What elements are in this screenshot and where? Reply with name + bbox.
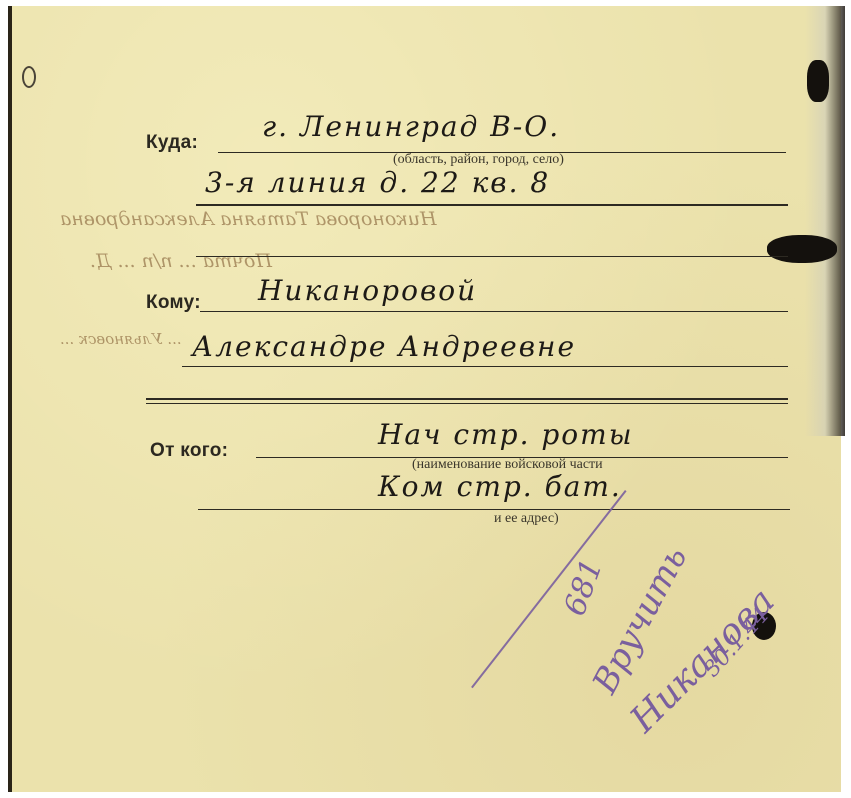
to-where-line1: г. Ленинград В-О.	[262, 110, 560, 143]
from-whom-underline-2	[198, 509, 790, 510]
blank-line	[196, 256, 788, 257]
from-whom-hint-2: и ее адрес)	[494, 511, 559, 527]
to-whom-line1: Никаноровой	[258, 274, 477, 307]
to-where-line2: 3-я линия д. 22 кв. 8	[205, 166, 550, 199]
bleed-through-text: Почта ... п/п ... Д.	[90, 250, 272, 272]
to-whom-underline	[200, 311, 788, 312]
to-whom-underline-2	[182, 366, 788, 367]
bleed-through-text: Никонорова Татьяна Александровна	[60, 208, 437, 230]
hole-mark	[22, 66, 36, 88]
from-whom-label: От кого:	[150, 440, 228, 462]
separator-rule	[146, 403, 788, 404]
ink-blot	[767, 235, 837, 263]
to-whom-label: Кому:	[146, 292, 201, 314]
from-whom-line1: Нач стр. роты	[378, 418, 634, 451]
bleed-through-text: ... Ульяновск ...	[60, 330, 182, 348]
from-whom-line2: Ком стр. бат.	[378, 470, 622, 503]
ink-blot	[807, 60, 829, 102]
separator-rule	[146, 398, 788, 400]
to-whom-line2: Александре Андреевне	[192, 330, 576, 363]
to-where-underline-2	[196, 204, 788, 206]
to-where-label: Куда:	[146, 132, 198, 154]
